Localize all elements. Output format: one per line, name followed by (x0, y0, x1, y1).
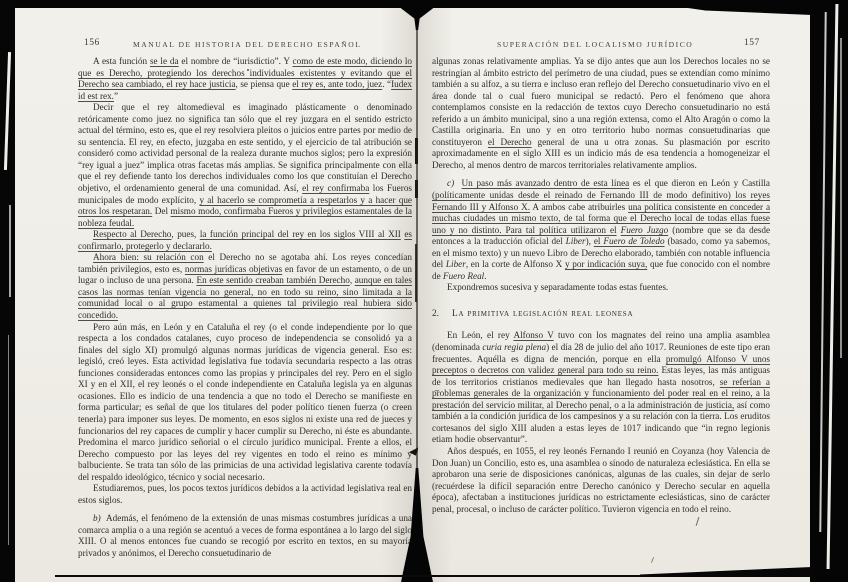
paragraph: Decir que el rey altomedieval es imagina… (78, 102, 412, 229)
underlined-text-segment: Fuero Juzgo (621, 225, 669, 235)
underlined-text-segment: Alfonso V (513, 330, 553, 340)
page-edge-streak (840, 38, 842, 358)
paragraph: algunas zonas relativamente amplias. Ya … (432, 56, 770, 171)
paragraph: b) Además, el fenómeno de la extensión d… (78, 513, 412, 559)
gutter-ink-blob (415, 244, 417, 302)
underlined-text-segment: normas jurídicas objetivas (185, 264, 282, 274)
section-heading: 2.La primitiva legislación real leonesa (432, 309, 770, 321)
scan-edge-top (0, 0, 848, 8)
text-segment: Expondremos sucesiva y separadamente tod… (447, 282, 668, 292)
underlined-text-segment: se le da (150, 56, 179, 66)
text-segment: A ambos cabe atribuirles (530, 202, 628, 212)
paragraph: Respecto al Derecho, pues, la función pr… (78, 229, 412, 252)
text-segment: Liber (446, 259, 466, 269)
right-page-number: 157 (744, 38, 760, 48)
book-scan: 156 MANUAL DE HISTORIA DEL DERECHO ESPAÑ… (0, 0, 848, 582)
left-running-title: MANUAL DE HISTORIA DEL DERECHO ESPAÑOL (133, 40, 361, 49)
section-number: 2. (432, 309, 439, 319)
right-page-text: algunas zonas relativamente amplias. Ya … (432, 56, 770, 515)
paragraph: Años después, en 1055, el rey leonés Fer… (432, 446, 770, 515)
text-segment: Pero aún más, en León y en Cataluña el r… (78, 322, 412, 482)
text-segment: Decir que el rey altomedieval es imagina… (78, 102, 412, 193)
text-segment: Fuero Real (443, 271, 484, 281)
paragraph: En León, el rey Alfonso V tuvo con los m… (432, 330, 770, 445)
text-segment: . “ (382, 79, 391, 89)
page-edge-streak (8, 335, 9, 545)
scan-edge-bottom-rule (55, 575, 641, 577)
paragraph: c) Un paso más avanzado dentro de esta l… (432, 178, 770, 282)
section-title: La primitiva legislación real leonesa (452, 309, 633, 319)
text-segment: . (484, 271, 486, 281)
text-segment: Estudiaremos, pues, los pocos textos jur… (78, 483, 412, 505)
left-page-text: A esta función se le da el nombre de “iu… (78, 56, 412, 560)
text-segment: , en la corte de Alfonso X (466, 259, 565, 269)
text-segment (454, 178, 461, 188)
underlined-text-segment: el rey es, ante todo, juez (292, 79, 382, 89)
right-page-bottom-paragraphs: En León, el rey Alfonso V tuvo con los m… (432, 330, 770, 515)
paragraph: A esta función se le da el nombre de “iu… (78, 56, 412, 102)
underlined-text-segment: y por indicación suya, (565, 259, 647, 269)
text-segment: Años después, en 1055, el rey leonés Fer… (432, 446, 770, 514)
text-segment: A esta función (93, 56, 150, 66)
ink-speck (247, 69, 249, 71)
paragraph: Expondremos sucesiva y separadamente tod… (432, 282, 770, 294)
pencil-dash-mark (435, 390, 439, 391)
text-segment: Liber (566, 236, 586, 246)
text-segment: el nombre de “iurisdictio”. Y (179, 56, 293, 66)
text-segment: Además, el fenómeno de la extensión de u… (78, 513, 412, 558)
underlined-text-segment: Fuero de Toledo (603, 236, 664, 246)
gutter-ink-blob (415, 138, 418, 164)
underlined-text-segment: el rey confirmaba (302, 183, 369, 193)
underlined-text-segment: el Derecho (488, 137, 532, 147)
underlined-text-segment: Ahora bien: su relación con (93, 252, 204, 262)
underlined-text-segment: Un paso más avanzado dentro de esta líne… (462, 178, 630, 188)
text-segment: algunas zonas relativamente amplias. Ya … (432, 56, 770, 147)
text-segment: curia regia plena (482, 342, 546, 352)
gutter-ink-blob (415, 180, 418, 198)
text-segment: b) (93, 513, 101, 523)
text-segment: es el que dieron en León y Castilla (629, 178, 770, 188)
right-running-title: SUPERACIÓN DEL LOCALISMO JURÍDICO (497, 40, 693, 49)
underlined-text-segment: Respecto al Derecho (93, 229, 171, 239)
text-segment: , se piensa que (236, 79, 293, 89)
text-segment: ), (586, 236, 594, 246)
page-edge-streak (9, 205, 11, 297)
paragraph: Pero aún más, en León y en Cataluña el r… (78, 322, 412, 484)
paragraph: Ahora bien: su relación con el Derecho n… (78, 252, 412, 321)
text-segment: Del (152, 206, 170, 216)
left-page-number: 156 (84, 38, 100, 48)
text-segment: En León, el rey (447, 330, 513, 340)
text-segment: , pues, (171, 229, 199, 239)
underlined-text-segment: En este sentido creaban también Derecho (196, 275, 349, 285)
underlined-text-segment: la función principal del rey en los sigl… (200, 229, 401, 239)
underlined-text-segment: el (594, 236, 604, 246)
text-segment: ” (114, 91, 118, 101)
right-page-top-paragraphs: algunas zonas relativamente amplias. Ya … (432, 56, 770, 294)
paragraph: Estudiaremos, pues, los pocos textos jur… (78, 483, 412, 506)
